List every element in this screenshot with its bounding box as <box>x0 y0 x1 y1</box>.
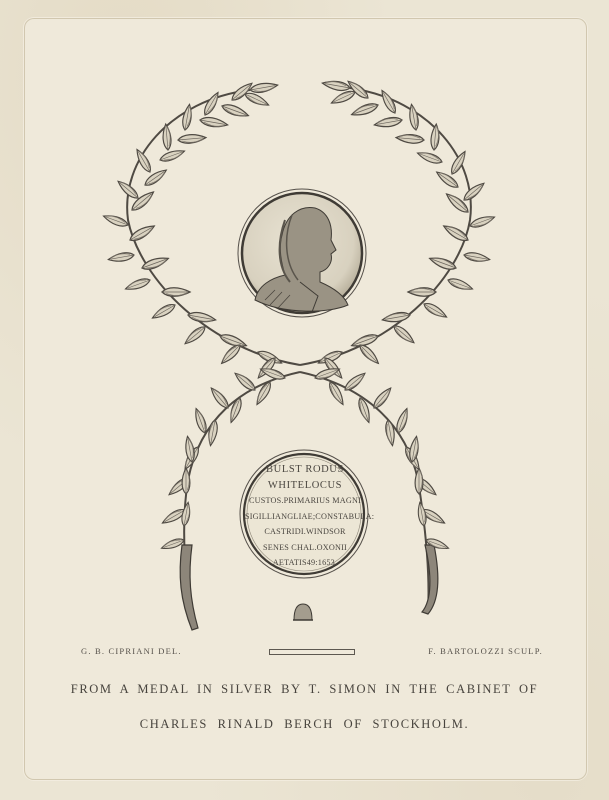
scale-bar <box>269 649 355 655</box>
engraver-credit: F. BARTOLOZZI SCULP. <box>428 646 543 656</box>
inscription-line: SENES CHAL.OXONII <box>245 540 365 556</box>
artist-credit: G. B. CIPRIANI DEL. <box>81 646 182 656</box>
inscription-line: WHITELOCUS <box>245 478 365 494</box>
medal-inscription: BULST RODUS WHITELOCUS CUSTOS.PRIMARIUS … <box>245 462 365 571</box>
inscription-line: CUSTOS.PRIMARIUS MAGNI <box>245 493 365 509</box>
caption-line-2: CHARLES RINALD BERCH OF STOCKHOLM. <box>0 717 609 732</box>
bell-ornament <box>293 604 313 620</box>
engraving-artwork <box>0 0 609 800</box>
caption-line-1: FROM A MEDAL IN SILVER BY T. SIMON IN TH… <box>0 682 609 697</box>
inscription-line: BULST RODUS <box>245 462 365 478</box>
inscription-line: AETATIS49:1653. <box>245 555 365 571</box>
inscription-line: SIGILLIANGLIAE;CONSTABULA: <box>245 509 365 525</box>
portrait-medallion <box>238 189 366 317</box>
inscription-line: CASTRIDI.WINDSOR <box>245 524 365 540</box>
